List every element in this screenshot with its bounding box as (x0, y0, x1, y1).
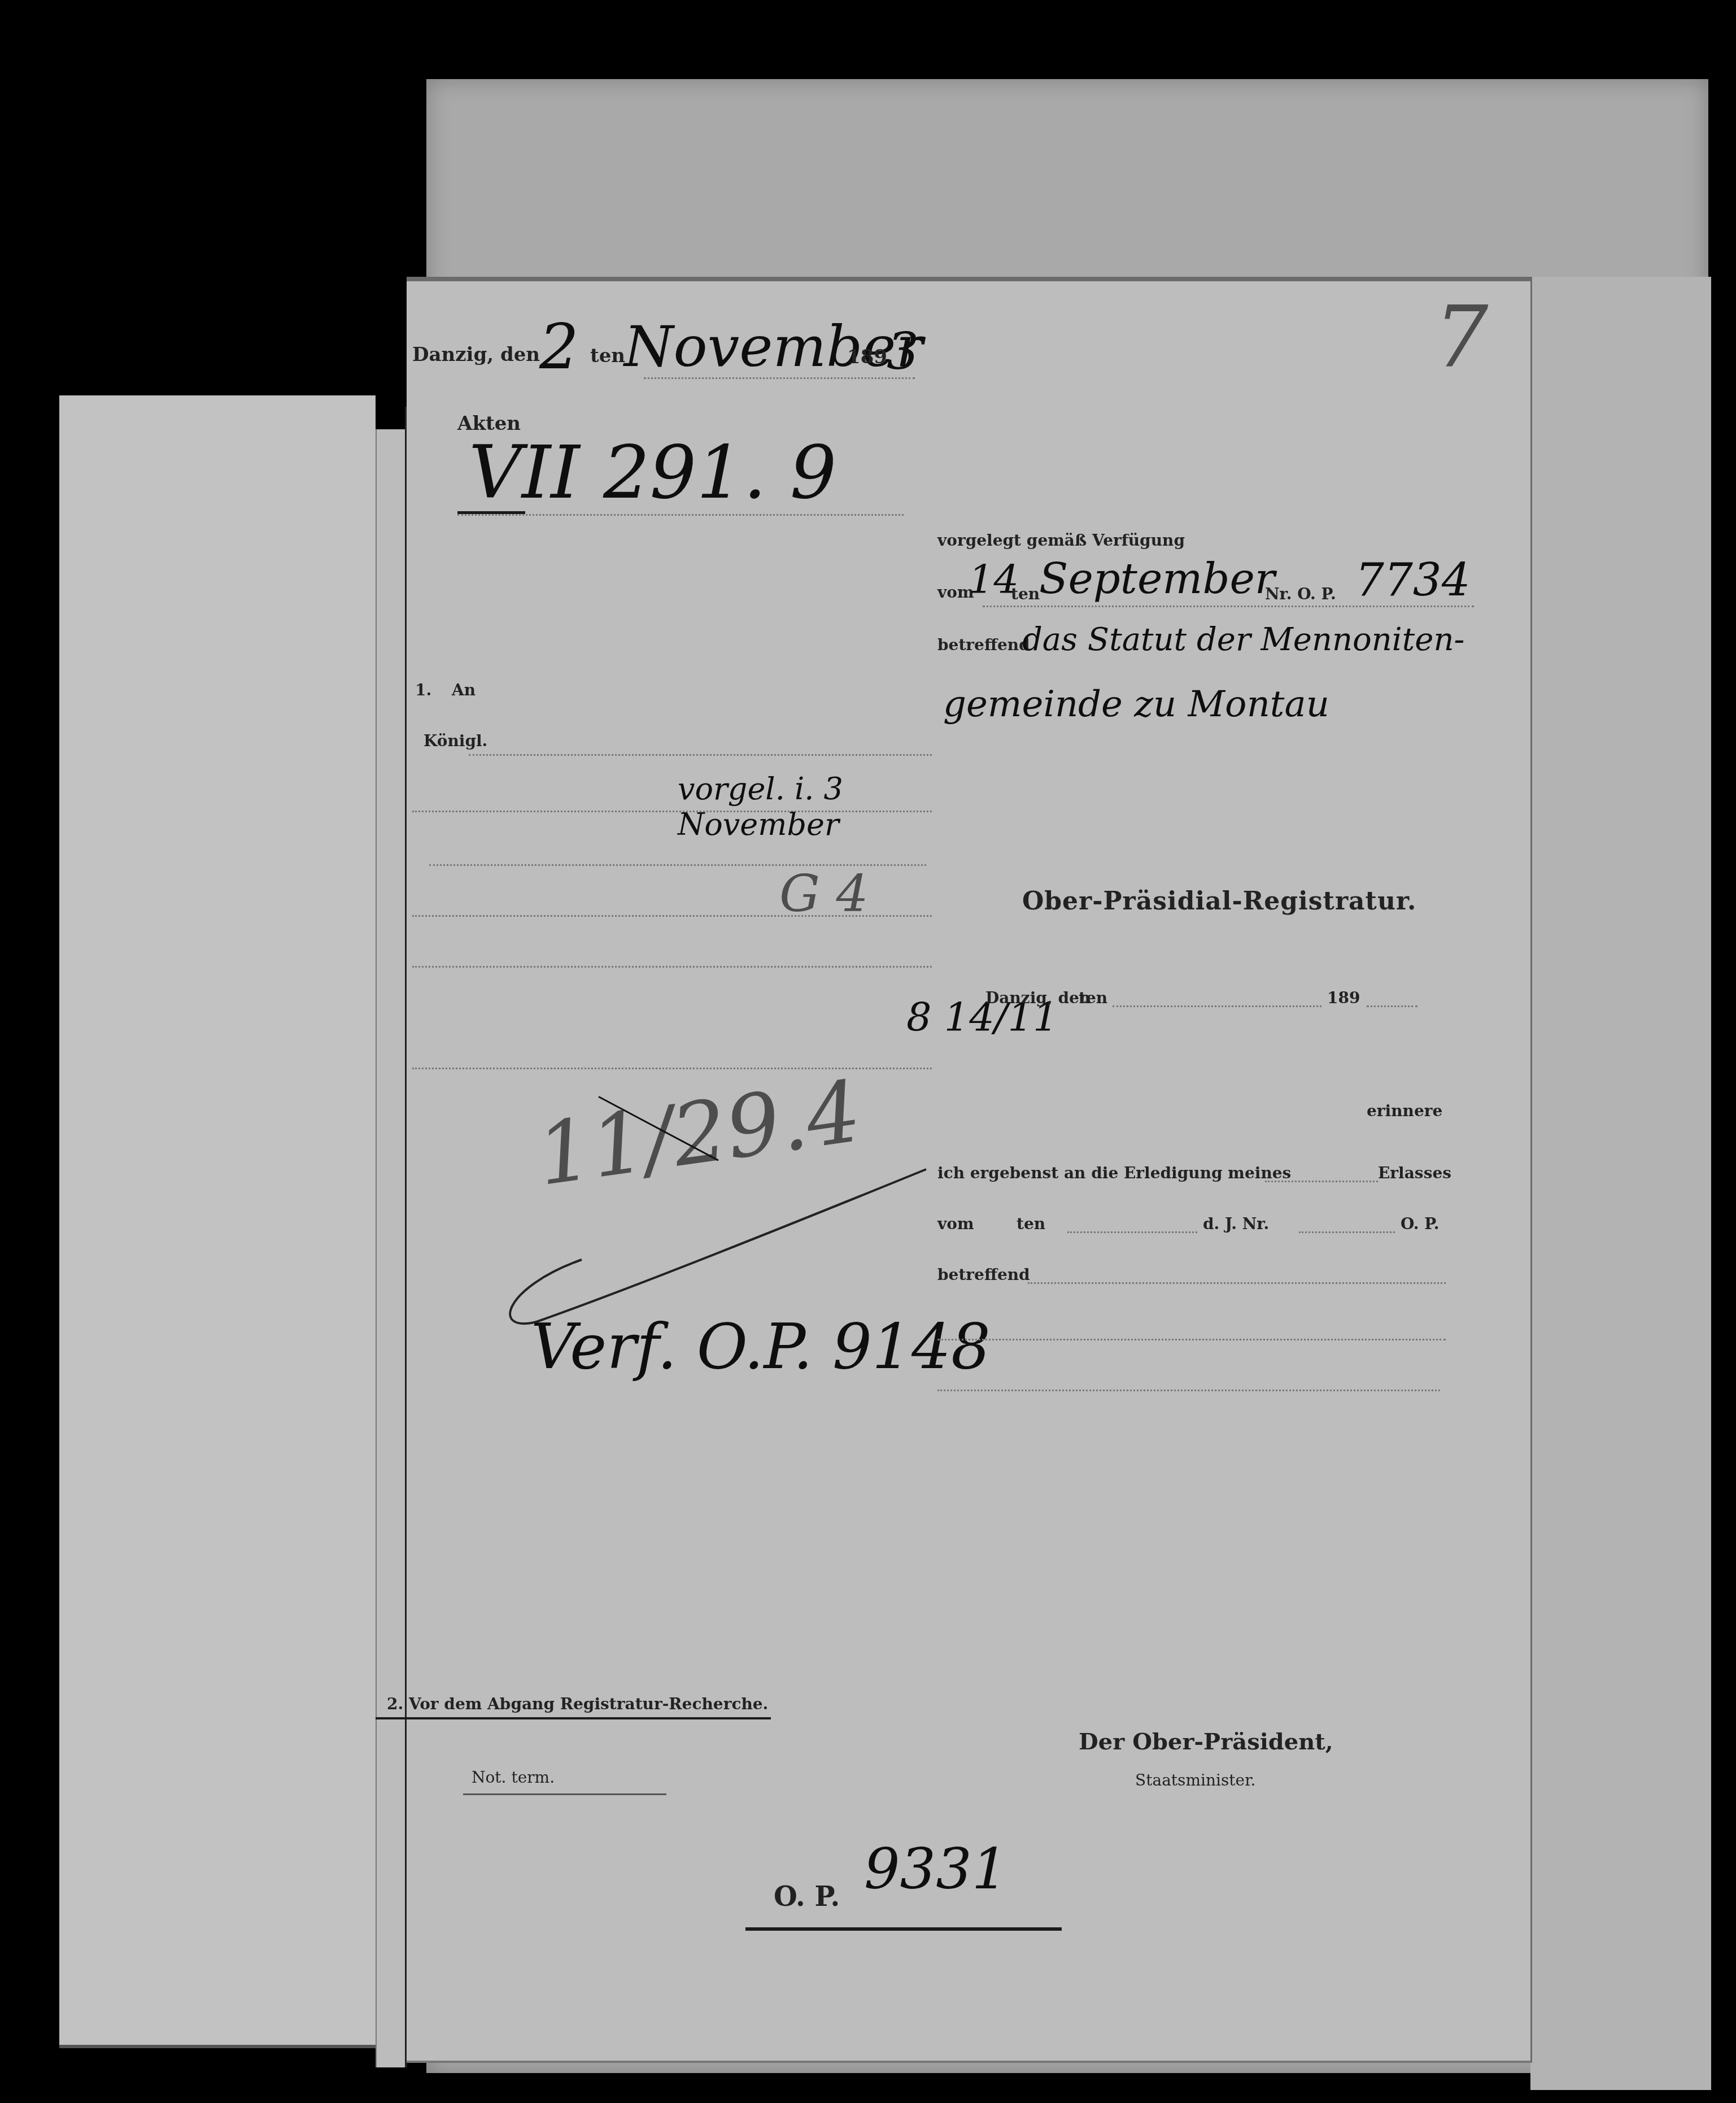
reg-place-label: Danzig, den (985, 989, 1091, 1007)
recipient-block: 1. An Königl. vorgel. i. 3 November G 4 (407, 672, 937, 1068)
nr-op-number: 7734 (1355, 554, 1471, 606)
item-number-1: 1. (415, 681, 431, 699)
year-handwritten-digit: 3 (887, 322, 919, 381)
erinnere-label: erinnere (1367, 1101, 1442, 1120)
reg-dotted-line-3 (937, 1390, 1440, 1391)
reg-betreffend-label: betreffend (937, 1265, 1030, 1284)
recipient-dotted-line-5 (412, 966, 932, 968)
subject-line-1: das Statut der Mennoniten- (1022, 621, 1464, 658)
erlasses-label: Erlasses (1378, 1164, 1451, 1182)
reg-op-label: O. P. (1401, 1214, 1439, 1233)
erlasses-dotted-line (1265, 1181, 1378, 1182)
vorgelegt-note: vorgel. i. 3 November (678, 771, 937, 842)
item-2-rule (376, 1717, 771, 1719)
place-label: Danzig, den (412, 343, 540, 366)
reg-year-label: 189 (1327, 989, 1360, 1007)
day-handwritten: 2 (539, 311, 579, 383)
reg-nr-dotted-line (1299, 1231, 1395, 1233)
op-label: O. P. (774, 1881, 840, 1913)
registratur-block: Ober-Präsidial-Registratur. Danzig, den … (926, 876, 1513, 1412)
akten-dotted-line (457, 514, 904, 516)
signature-title: Der Ober-Präsident, (1079, 1728, 1333, 1755)
item-2-registratur-recherche: 2. Vor dem Abgang Registratur-Recherche. (387, 1695, 768, 1713)
reg-dotted-line-2 (937, 1339, 1446, 1340)
signature-subtitle: Staatsminister. (1135, 1771, 1255, 1789)
not-term-label: Not. term. (472, 1768, 555, 1787)
reg-vom-label: vom (937, 1214, 974, 1233)
back-sheet-right-edge (1530, 277, 1711, 2090)
reg-ten-label: ten (1079, 989, 1107, 1007)
vorgelegt-label: vorgelegt gemäß Verfügung (937, 531, 1185, 550)
header-date-line: Danzig, den 2 ten November 189 3 (407, 316, 915, 384)
registratur-title: Ober-Präsidial-Registratur. (1022, 887, 1416, 916)
erledigung-line: ich ergebenst an die Erledigung meines (937, 1164, 1291, 1182)
vom-dotted-line (983, 606, 1474, 607)
folio-number: 7 (1434, 288, 1488, 386)
vom-month: September (1039, 554, 1275, 603)
binding-spine (376, 429, 406, 2067)
nr-op-label: Nr. O. P. (1265, 585, 1336, 603)
dj-nr-label: d. J. Nr. (1203, 1214, 1269, 1233)
subject-line-2: gemeinde zu Montau (943, 683, 1329, 725)
ten-label: ten (1011, 585, 1040, 603)
an-label: An (452, 681, 476, 699)
reg-date-dotted-line (1113, 1005, 1321, 1007)
wiedervorlage-ref: Verf. O.P. 9148 (531, 1310, 991, 1383)
sweeping-stroke (491, 1141, 932, 1327)
koenigl-label: Königl. (424, 732, 487, 750)
akten-block: Akten VII 291. 9 (440, 412, 921, 537)
not-term-rule (463, 1793, 666, 1795)
reg-betreffend-dotted-line (1028, 1282, 1446, 1284)
op-rule (745, 1927, 1062, 1931)
year-printed: 189 (847, 346, 887, 368)
recipient-dotted-line-1 (469, 754, 932, 756)
date-dotted-line (644, 377, 915, 379)
betreffend-label: betreffend (937, 635, 1030, 654)
ten-label: ten (590, 345, 625, 367)
reg-year-dotted-line (1367, 1005, 1417, 1007)
left-facing-page (59, 395, 376, 2048)
initial-mark: G 4 (779, 864, 869, 924)
reg-vom-dotted-line (1067, 1231, 1197, 1233)
op-number-handwritten: 9331 (864, 1836, 1008, 1902)
reg-ten2-label: ten (1017, 1214, 1045, 1233)
akten-number: VII 291. 9 (469, 429, 836, 515)
vorgelegt-block: vorgelegt gemäß Verfügung vom 14 ten Sep… (926, 520, 1513, 757)
